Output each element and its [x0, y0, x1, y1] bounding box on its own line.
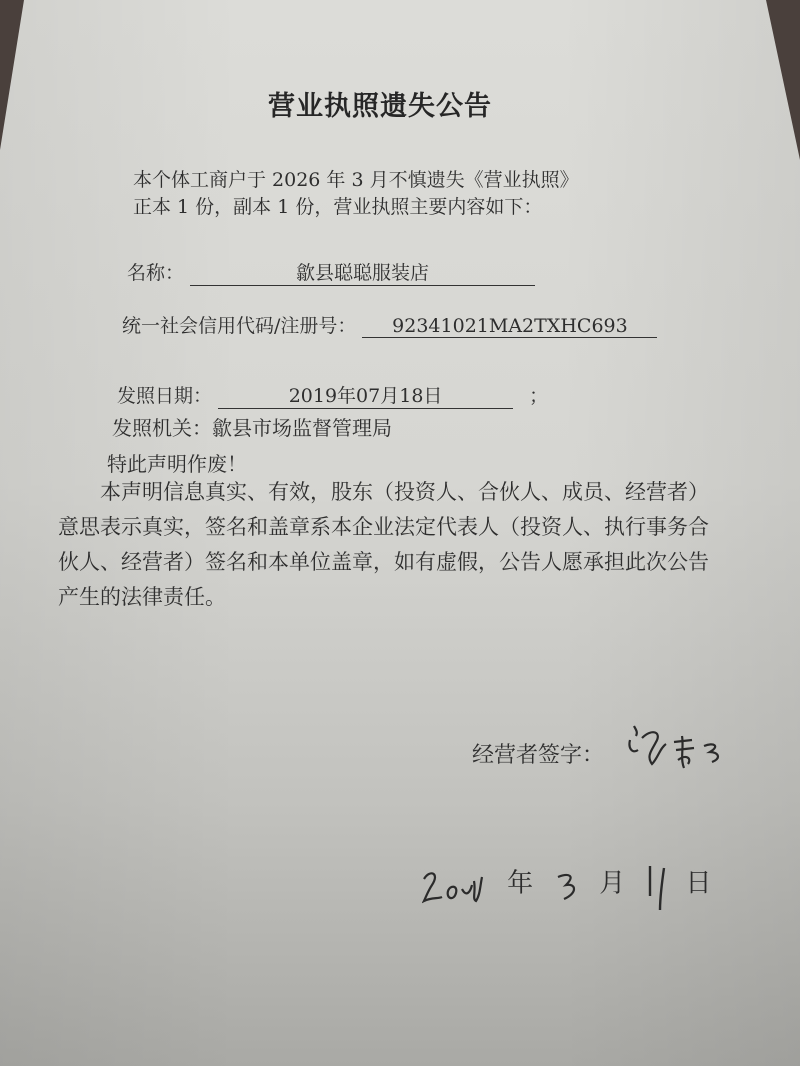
issue-date-value: 2019年07月18日: [218, 381, 513, 409]
date-day-char: 日: [686, 869, 712, 899]
intro-line-1: 本个体工商户于 2026 年 3 月不慎遗失《营业执照》: [133, 165, 579, 192]
handwritten-date: 年 月 日: [422, 862, 712, 912]
signature-label: 经营者签字：: [472, 738, 604, 769]
intro-line-2: 正本 1 份，副本 1 份，营业执照主要内容如下：: [133, 192, 542, 219]
document-title: 营业执照遗失公告: [0, 84, 800, 123]
void-statement: 特此声明作废！: [107, 448, 247, 477]
code-label: 统一社会信用代码/注册号：: [122, 315, 356, 337]
name-label: 名称：: [127, 262, 184, 284]
handwritten-month-icon: [554, 867, 594, 907]
issuer-label: 发照机关：: [112, 416, 212, 440]
handwritten-year-icon: [422, 867, 502, 907]
name-row: 名称： 歙县聪聪服装店: [127, 258, 535, 286]
declaration-paragraph: 本声明信息真实、有效，股东（投资人、合伙人、成员、经营者）意思表示真实，签名和盖…: [58, 475, 718, 615]
name-value: 歙县聪聪服装店: [190, 258, 535, 286]
issue-date-label: 发照日期：: [117, 385, 212, 407]
signature-scribble-icon: [622, 718, 732, 798]
code-row: 统一社会信用代码/注册号： 92341021MA2TXHC693: [122, 311, 657, 338]
issue-date-suffix: ；: [529, 385, 548, 407]
handwritten-day-icon: [640, 862, 680, 912]
issuer-row: 发照机关：歙县市场监督管理局: [112, 412, 392, 441]
date-year-char: 年: [507, 869, 533, 899]
issue-date-row: 发照日期： 2019年07月18日 ；: [117, 381, 548, 409]
issuer-value: 歙县市场监督管理局: [212, 416, 392, 440]
handwritten-signature: [622, 718, 732, 802]
date-month-char: 月: [599, 869, 625, 899]
code-value: 92341021MA2TXHC693: [362, 315, 657, 338]
